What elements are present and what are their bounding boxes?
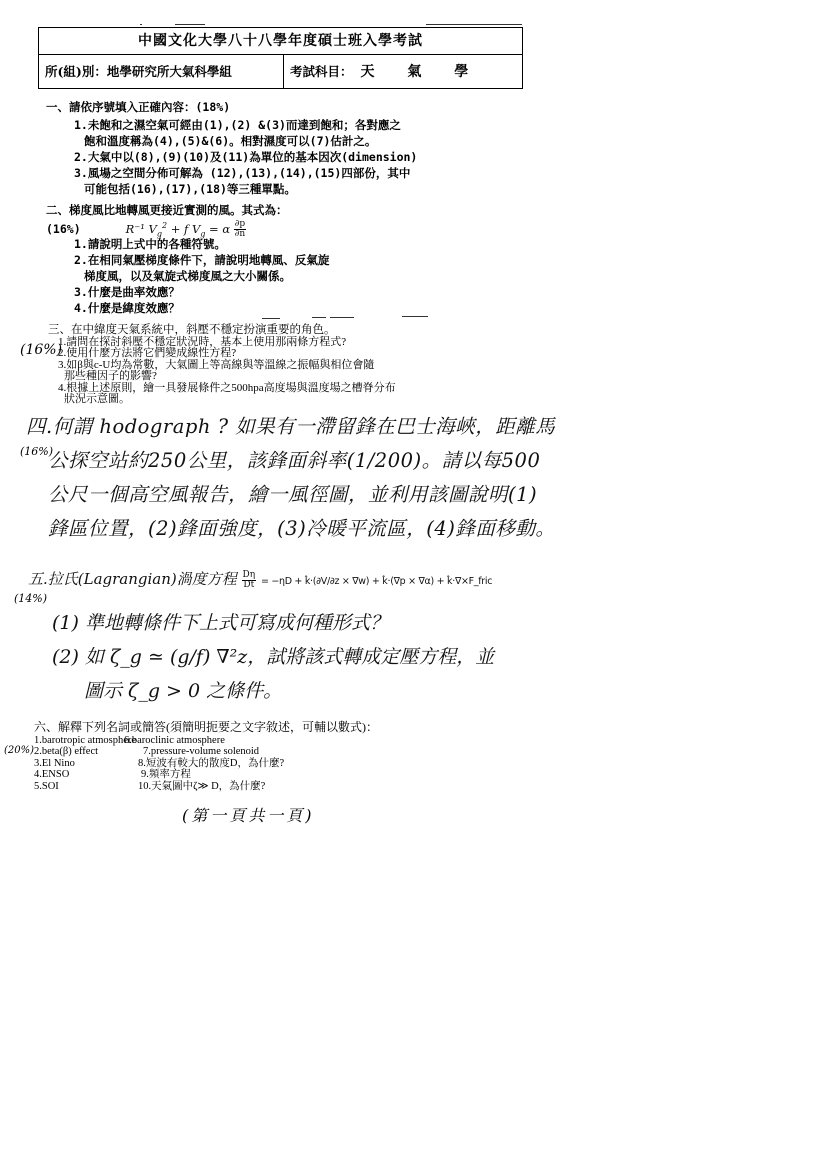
gradient-wind-equation: R⁻¹ Vg2 + f Vg = α ∂p∂n xyxy=(126,222,247,236)
equation-fraction: ∂p∂n xyxy=(234,220,246,239)
scan-mark xyxy=(312,317,326,318)
question-2: 二、梯度風比地轉風更接近實測的風。其式為： (16%) R⁻¹ Vg2 + f … xyxy=(46,202,329,316)
question-5-item: (1) 準地轉條件下上式可寫成何種形式？ xyxy=(52,606,494,640)
question-4: 四.何謂 hodograph ? 如果有一滯留鋒在巴士海峽，距離馬 公探空站約2… xyxy=(26,410,555,546)
question-4-percent: (16%) xyxy=(20,445,53,458)
question-3-item: 那些種因子的影響? xyxy=(48,371,396,383)
question-6-item: 2.beta(β) effect xyxy=(34,746,146,758)
question-6-item: 7.pressure-volume solenoid xyxy=(143,746,378,758)
subject-cell: 考試科目：天 氣 學 xyxy=(284,55,522,89)
scan-mark xyxy=(426,24,522,25)
question-6: 六、解釋下列名詞或簡答(須簡明扼要之文字敘述，可輔以數式)： 1.barotro… xyxy=(34,722,378,792)
subject-label: 考試科目： xyxy=(290,64,353,79)
scan-mark xyxy=(402,316,428,317)
question-6-percent: (20%) xyxy=(4,745,34,756)
question-2-item: 3.什麼是曲率效應？ xyxy=(46,284,329,300)
scan-mark xyxy=(140,24,142,25)
vorticity-fraction: DηDt xyxy=(242,571,257,590)
question-4-line: 鋒區位置，(2)鋒面強度，(3)冷暖平流區，(4)鋒面移動。 xyxy=(26,512,555,546)
question-3: 三、在中緯度天氣系統中，斜壓不穩定扮演重要的角色。 1.請問在探討斜壓不穩定狀況… xyxy=(48,325,396,406)
page-number-note: (第一頁共一頁) xyxy=(182,803,315,826)
question-3-item: 狀況示意圖。 xyxy=(48,394,396,406)
question-6-item: 4.ENSO xyxy=(34,769,146,781)
question-5-heading-row: 五.拉氏(Lagrangian)渦度方程 DηDt = −ηD + k̂·(∂V… xyxy=(28,568,492,590)
question-6-item: 5.SOI xyxy=(34,781,146,793)
scan-mark xyxy=(262,318,280,319)
question-1-line: 飽和溫度稱為(4),(5)&(6)。相對濕度可以(7)估計之。 xyxy=(46,133,417,149)
question-1-line: 1.未飽和之濕空氣可經由(1),(2) &(3)而達到飽和；各對應之 xyxy=(46,117,417,133)
question-2-item: 梯度風，以及氣旋式梯度風之大小關係。 xyxy=(46,268,329,284)
vorticity-equation-rhs: = −ηD + k̂·(∂V/∂z × ∇w) + k̂·(∇p × ∇α) +… xyxy=(261,576,492,587)
department-cell: 所(組)別：地學研究所大氣科學組 xyxy=(39,55,284,89)
fraction-denominator: Dt xyxy=(243,580,254,590)
scan-mark xyxy=(330,317,354,318)
question-6-list: 1.barotropic atmosphere 6.baroclinic atm… xyxy=(34,735,378,793)
question-6-item: 9.頻率方程 xyxy=(141,769,378,781)
fraction-denominator: ∂n xyxy=(235,229,245,239)
equation-term: = α xyxy=(209,222,230,236)
question-6-item: 10.天氣圖中ζ≫ D，為什麼? xyxy=(138,781,378,793)
question-2-item: 2.在相同氣壓梯度條件下，請說明地轉風、反氣旋 xyxy=(46,252,329,268)
question-2-percent: (16%) xyxy=(46,222,81,236)
question-6-item: 8.短波有較大的散度D，為什麼? xyxy=(138,758,378,770)
question-2-item: 4.什麼是緯度效應？ xyxy=(46,300,329,316)
department-value: 地學研究所大氣科學組 xyxy=(107,64,232,79)
question-1: 一、請依序號填入正確內容：(18%) 1.未飽和之濕空氣可經由(1),(2) &… xyxy=(46,99,417,197)
question-4-line: 四.何謂 hodograph ? 如果有一滯留鋒在巴士海峽，距離馬 xyxy=(26,410,555,444)
question-1-line: 2.大氣中以(8),(9)(10)及(11)為單位的基本因次(dimension… xyxy=(46,149,417,165)
question-2-item: 1.請說明上式中的各種符號。 xyxy=(46,236,329,252)
question-3-percent: (16%) xyxy=(20,342,62,358)
scan-mark xyxy=(175,24,205,25)
equation-term: + f V xyxy=(171,222,201,236)
equation-term: R⁻¹ V xyxy=(126,222,157,236)
question-1-heading: 一、請依序號填入正確內容：(18%) xyxy=(46,99,417,115)
question-5-heading: 五.拉氏(Lagrangian)渦度方程 xyxy=(28,570,237,588)
exam-page: 中國文化大學八十八學年度碩士班入學考試 所(組)別：地學研究所大氣科學組 考試科… xyxy=(0,0,816,1150)
question-3-heading: 三、在中緯度天氣系統中，斜壓不穩定扮演重要的角色。 xyxy=(48,325,396,337)
question-2-equation-row: (16%) R⁻¹ Vg2 + f Vg = α ∂p∂n xyxy=(46,218,329,236)
department-label: 所(組)別： xyxy=(45,64,107,79)
question-2-heading: 二、梯度風比地轉風更接近實測的風。其式為： xyxy=(46,202,329,218)
question-5-percent: (14%) xyxy=(14,592,47,605)
question-1-line: 可能包括(16),(17),(18)等三種單點。 xyxy=(46,181,417,197)
question-6-item: 6.baroclinic atmosphere xyxy=(124,735,378,747)
subject-value: 天 氣 學 xyxy=(361,64,483,80)
question-1-line: 3.風場之空間分佈可解為 (12),(13),(14),(15)四部份，其中 xyxy=(46,165,417,181)
question-4-line: 公尺一個高空風報告，繪一風徑圖，並利用該圖說明(1) xyxy=(26,478,555,512)
question-5-items: (1) 準地轉條件下上式可寫成何種形式？ (2) 如 ζ_g ≃ (g/f) ∇… xyxy=(52,606,494,708)
question-6-item: 3.El Nino xyxy=(34,758,146,770)
exam-header-table: 中國文化大學八十八學年度碩士班入學考試 所(組)別：地學研究所大氣科學組 考試科… xyxy=(38,27,523,89)
question-3-item: 2.使用什麼方法將它們變成線性方程? xyxy=(48,348,396,360)
question-5-item: 圖示 ζ_g > 0 之條件。 xyxy=(52,674,494,708)
exam-header-row: 所(組)別：地學研究所大氣科學組 考試科目：天 氣 學 xyxy=(39,55,522,89)
question-5-item: (2) 如 ζ_g ≃ (g/f) ∇²z，試將該式轉成定壓方程，並 xyxy=(52,640,494,674)
exam-title: 中國文化大學八十八學年度碩士班入學考試 xyxy=(39,28,522,55)
question-6-heading: 六、解釋下列名詞或簡答(須簡明扼要之文字敘述，可輔以數式)： xyxy=(34,722,378,734)
question-4-line: 公探空站約250公里，該鋒面斜率(1/200)。請以每500 xyxy=(26,444,555,478)
